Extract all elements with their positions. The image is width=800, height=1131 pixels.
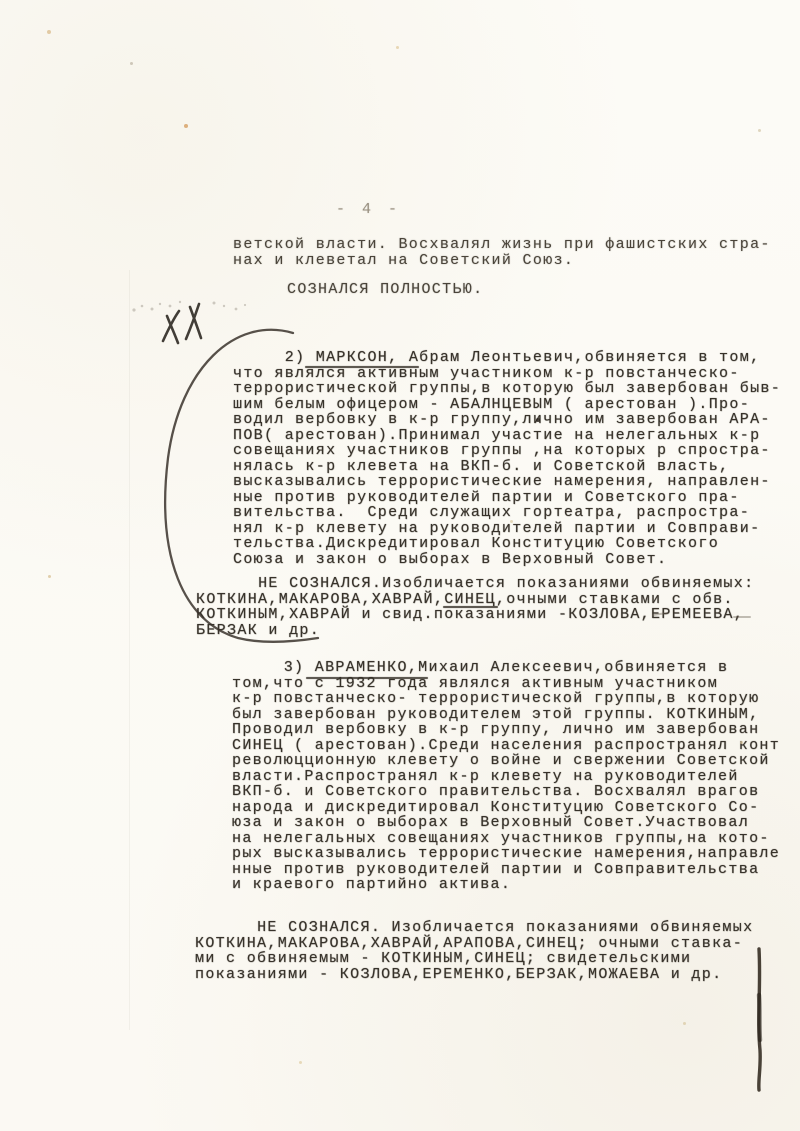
underline-markson [305, 366, 419, 368]
paper-speck [740, 741, 743, 744]
paper-speck [683, 1022, 686, 1025]
xx-check-mark [163, 304, 201, 343]
underline-avramenko [306, 677, 428, 679]
page-number: - 4 - [336, 202, 401, 218]
confession-heading: СОЗНАЛСЯ ПОЛНОСТЬЮ. [287, 282, 484, 298]
document-page: - 4 - ветской власти. Восхвалял жизнь пр… [0, 0, 800, 1131]
paper-crease [129, 270, 130, 1030]
paragraph-accused-3: 3) АВРАМЕНКО,Михаил Алексеевич,обвиняетс… [232, 660, 780, 893]
paragraph-accused-2: 2) МАРКСОН, Абрам Леонтьевич,обвиняется … [233, 350, 781, 567]
paper-speck [758, 129, 761, 132]
pencil-dash [733, 616, 751, 618]
paper-speck [130, 62, 133, 65]
paper-speck [299, 1061, 302, 1064]
paper-speck [510, 520, 513, 523]
paper-speck [48, 575, 51, 578]
paragraph-intro: ветской власти. Восхвалял жизнь при фаши… [233, 237, 771, 268]
paper-speck [184, 124, 188, 128]
stamp-remnant-mark [132, 301, 246, 312]
paper-speck [396, 46, 399, 49]
paragraph-verdict-3: НЕ СОЗНАЛСЯ. Изобличается показаниями об… [195, 920, 753, 982]
ink-streak [759, 949, 760, 1090]
paper-speck [47, 30, 51, 34]
paper-speck [536, 418, 540, 422]
underline-sinets [443, 606, 498, 608]
